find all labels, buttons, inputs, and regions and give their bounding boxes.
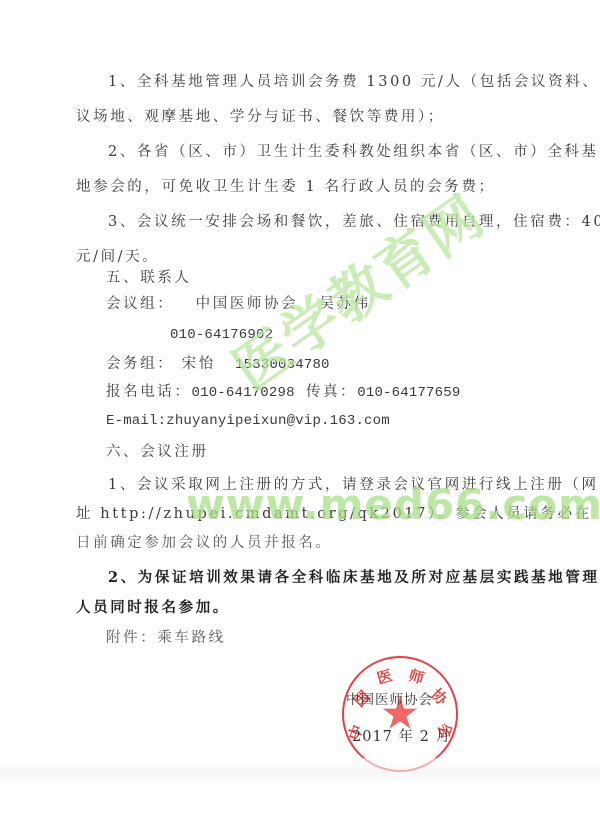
fee-item-1-line-1: 1、全科基地管理人员培训会务费 1300 元/人（包括会议资料、会 xyxy=(108,72,600,92)
fax-number: 010-64177659 xyxy=(357,385,460,401)
official-seal: 中 国 医 师 协 会 xyxy=(342,656,458,772)
scan-shadow xyxy=(0,758,600,788)
attachment-note: 附件：乘车路线 xyxy=(106,628,226,648)
fax-label: 传真： xyxy=(306,384,357,400)
signature-org: 中国医师协会 xyxy=(346,688,433,708)
registration-item-2-line-1: 2、为保证培训效果请各全科临床基地及所对应基层实践基地管理 xyxy=(108,568,600,588)
registration-item-1-line-3: 日前确定参加会议的人员并报名。 xyxy=(76,533,333,553)
affairs-group-label: 会务组： xyxy=(106,356,174,372)
seal-char: 医 xyxy=(375,664,395,688)
email-address: zhuyanyipeixun@vip.163.com xyxy=(166,413,390,429)
registration-item-2-line-2: 人员同时报名参加。 xyxy=(76,598,230,618)
registration-heading: 六、会议注册 xyxy=(106,442,209,462)
fee-item-1-line-2: 议场地、观摩基地、学分与证书、餐饮等费用）； xyxy=(76,107,445,127)
affairs-group-person: 宋怡 xyxy=(182,356,216,372)
contacts-heading: 五、联系人 xyxy=(106,268,192,288)
meeting-group-label: 会议组： xyxy=(106,296,174,312)
fee-item-3-line-1: 3、会议统一安排会场和餐饮，差旅、住宿费用自理，住宿费：400 xyxy=(108,212,600,232)
fee-item-2-line-1: 2、各省（区、市）卫生计生委科教处组织本省（区、市）全科基 xyxy=(108,142,599,162)
email-row: E-mail:zhuyanyipeixun@vip.163.com xyxy=(106,411,390,431)
fee-item-3-line-2: 元/间/天。 xyxy=(76,247,159,267)
watermark-chinese: 医学教育网 xyxy=(215,174,498,406)
seal-char: 师 xyxy=(407,664,427,688)
document-page: 1、全科基地管理人员培训会务费 1300 元/人（包括会议资料、会 议场地、观摩… xyxy=(0,0,600,820)
email-label: E-mail: xyxy=(106,413,166,429)
signature-date: 2017 年 2 月 xyxy=(352,725,451,746)
signup-phone-label: 报名电话： xyxy=(106,384,192,400)
watermark-url: www.med66.com xyxy=(186,480,600,529)
